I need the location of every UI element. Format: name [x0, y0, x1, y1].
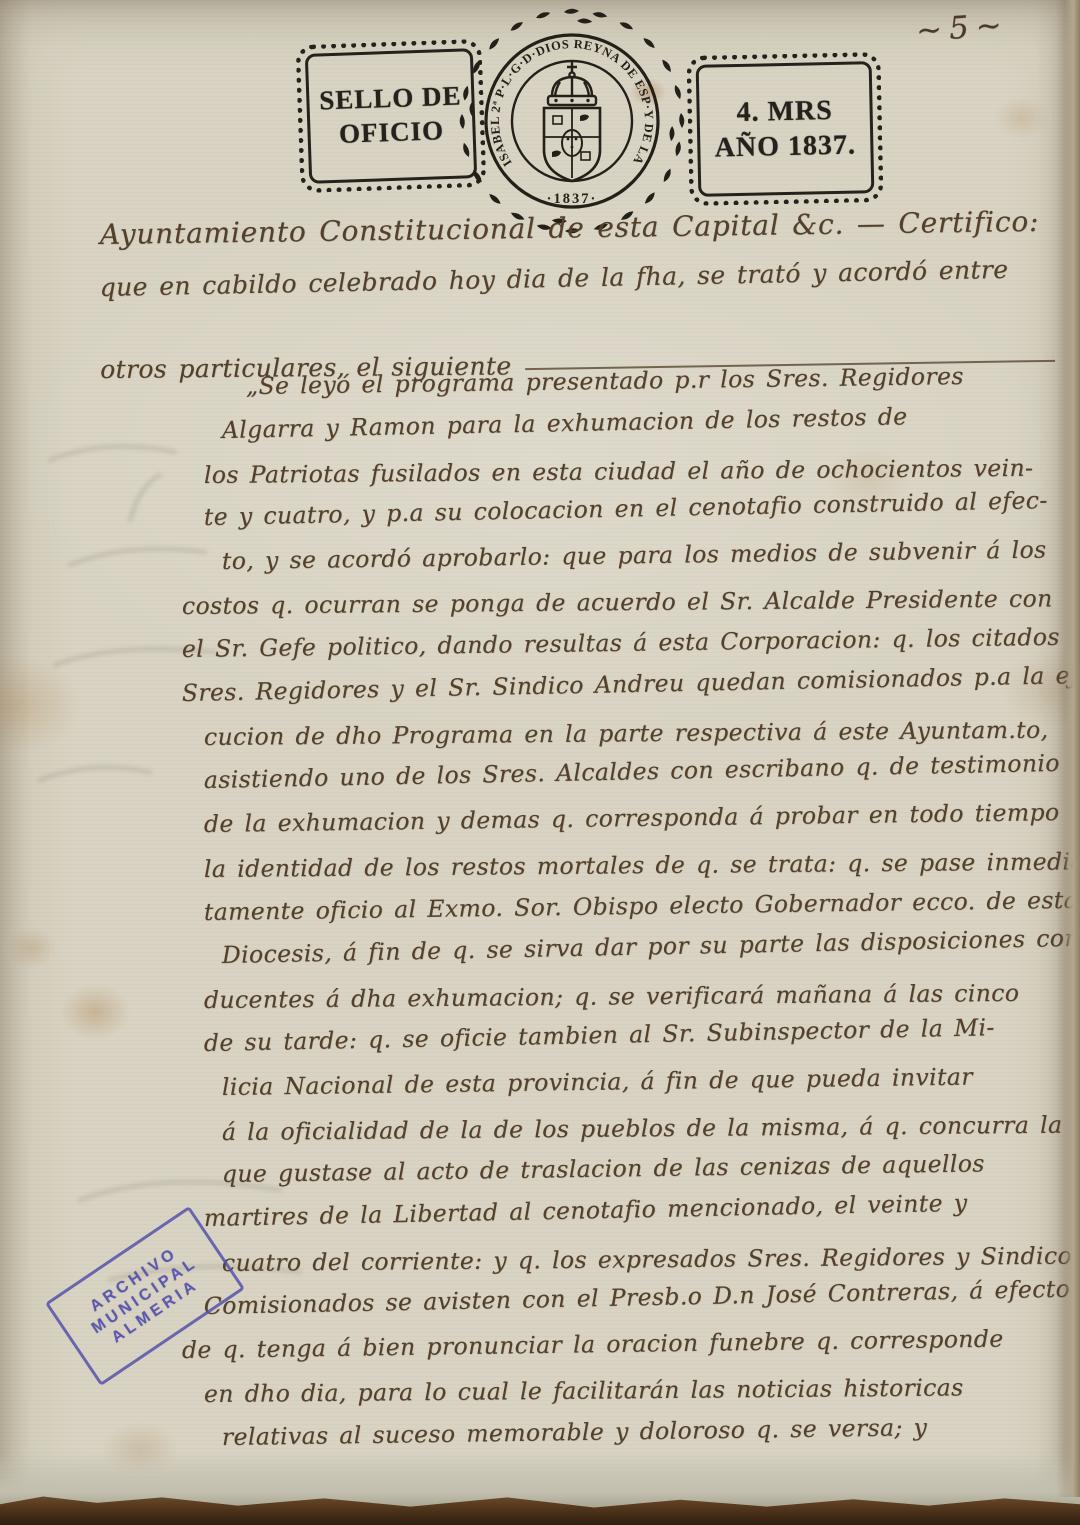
stamp-text-line: AÑO 1837. [714, 128, 856, 166]
document-page: ~5~ SELLO DE OFICIO [0, 0, 1080, 1525]
tax-value-stamp: 4. MRS AÑO 1837. [686, 52, 883, 206]
page-number: ~5~ [915, 7, 1010, 49]
seal-year: ·1837· [547, 191, 598, 207]
right-page-edge [1056, 0, 1080, 1497]
seal-shield-icon [544, 108, 600, 181]
tax-value-stamp-frame: 4. MRS AÑO 1837. [696, 61, 875, 197]
stamp-text-line: SELLO DE [319, 80, 462, 119]
seal-crown-icon [548, 62, 596, 105]
stamp-text-line: 4. MRS [736, 93, 833, 130]
royal-seal: ISABEL 2ª P·L·G·D·DIOS REYNA DE ESP·Y DE… [452, 4, 692, 239]
manuscript-intro: Ayuntamiento Constitucional de esta Capi… [100, 218, 1065, 383]
stamp-text-line: OFICIO [339, 114, 445, 151]
manuscript-body: „Se leyó el programa presentado p.r los … [222, 372, 1080, 1467]
